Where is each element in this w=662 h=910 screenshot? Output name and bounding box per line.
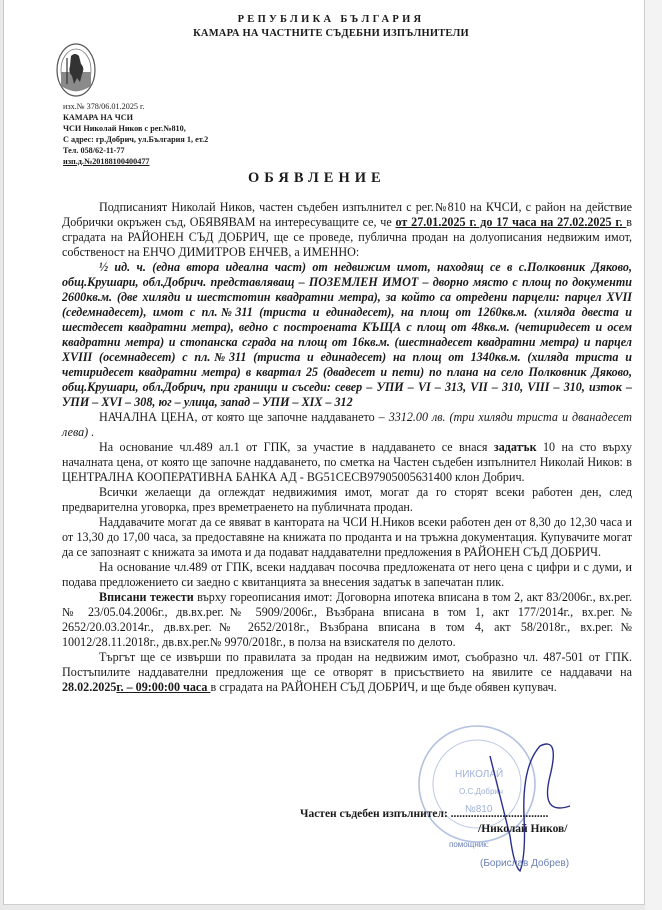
helper-name: (Борислав Добрев) <box>480 858 569 869</box>
paragraph-deposit: На основание чл.489 ал.1 от ГПК, за учас… <box>62 440 632 485</box>
viewer-scrollbar-gutter[interactable] <box>645 0 662 910</box>
outgoing-number: изх.№ 378/06.01.2025 г. <box>63 102 208 113</box>
chamber-name: КАМАРА НА ЧСИ <box>63 113 208 124</box>
paragraph-bids: На основание чл.489 от ГПК, всеки наддав… <box>62 560 632 590</box>
paragraph-starting-price: НАЧАЛНА ЦЕНА, от която ще започне наддав… <box>62 410 632 440</box>
paragraph-intro: Подписаният Николай Ников, частен съдебе… <box>62 200 632 260</box>
paragraph-encumbrances: Вписани тежести върху гореописания имот:… <box>62 590 632 650</box>
paragraph-viewing: Всички желаещи да оглеждат недвижимия им… <box>62 485 632 515</box>
header-republic: РЕПУБЛИКА БЪЛГАРИЯ <box>0 14 662 25</box>
auction-text: Търгът ще се извърши по правилата за про… <box>62 650 632 679</box>
helper-label: помощник: <box>449 840 489 849</box>
handwritten-signature-icon <box>480 736 590 876</box>
signature-name: /Николай Ников/ <box>478 823 567 835</box>
officer-name: ЧСИ Николай Ников с рег.№810, <box>63 124 208 135</box>
encumbrances-label: Вписани тежести <box>99 590 194 604</box>
officer-phone: Тел. 058/62-11-77 <box>63 146 208 157</box>
header-chamber: КАМАРА НА ЧАСТНИТЕ СЪДЕБНИ ИЗПЪЛНИТЕЛИ <box>0 28 662 39</box>
case-number: изп.д.№20188100400477 <box>63 157 208 168</box>
sale-period: от 27.01.2025 г. до 17 часа на 27.02.202… <box>396 215 627 229</box>
chamber-seal-lion-emblem-icon <box>55 42 97 98</box>
announcement-body: Подписаният Николай Ников, частен съдебе… <box>62 200 632 695</box>
paragraph-property: ½ ид. ч. (една втора идеална част) от не… <box>62 260 632 410</box>
signature-label: Частен съдебен изпълнител: .............… <box>300 808 548 820</box>
sender-block: изх.№ 378/06.01.2025 г. КАМАРА НА ЧСИ ЧС… <box>63 102 208 167</box>
paragraph-auction: Търгът ще се извърши по правилата за про… <box>62 650 632 695</box>
price-label: НАЧАЛНА ЦЕНА, от която ще започне наддав… <box>99 410 389 424</box>
paragraph-office-hours: Наддавачите могат да се явяват в кантора… <box>62 515 632 560</box>
deposit-text: На основание чл.489 ал.1 от ГПК, за учас… <box>99 440 494 454</box>
document-title: ОБЯВЛЕНИЕ <box>248 170 386 187</box>
auction-text-cont: в сградата на РАЙОНЕН СЪД ДОБРИЧ, и ще б… <box>210 680 556 694</box>
auction-time: г. – 09:00:00 часа <box>116 680 210 694</box>
deposit-keyword: задатък <box>494 440 537 454</box>
auction-date: 28.02.2025 <box>62 680 116 694</box>
officer-address: С адрес: гр.Добрич, ул.България 1, ет.2 <box>63 135 208 146</box>
